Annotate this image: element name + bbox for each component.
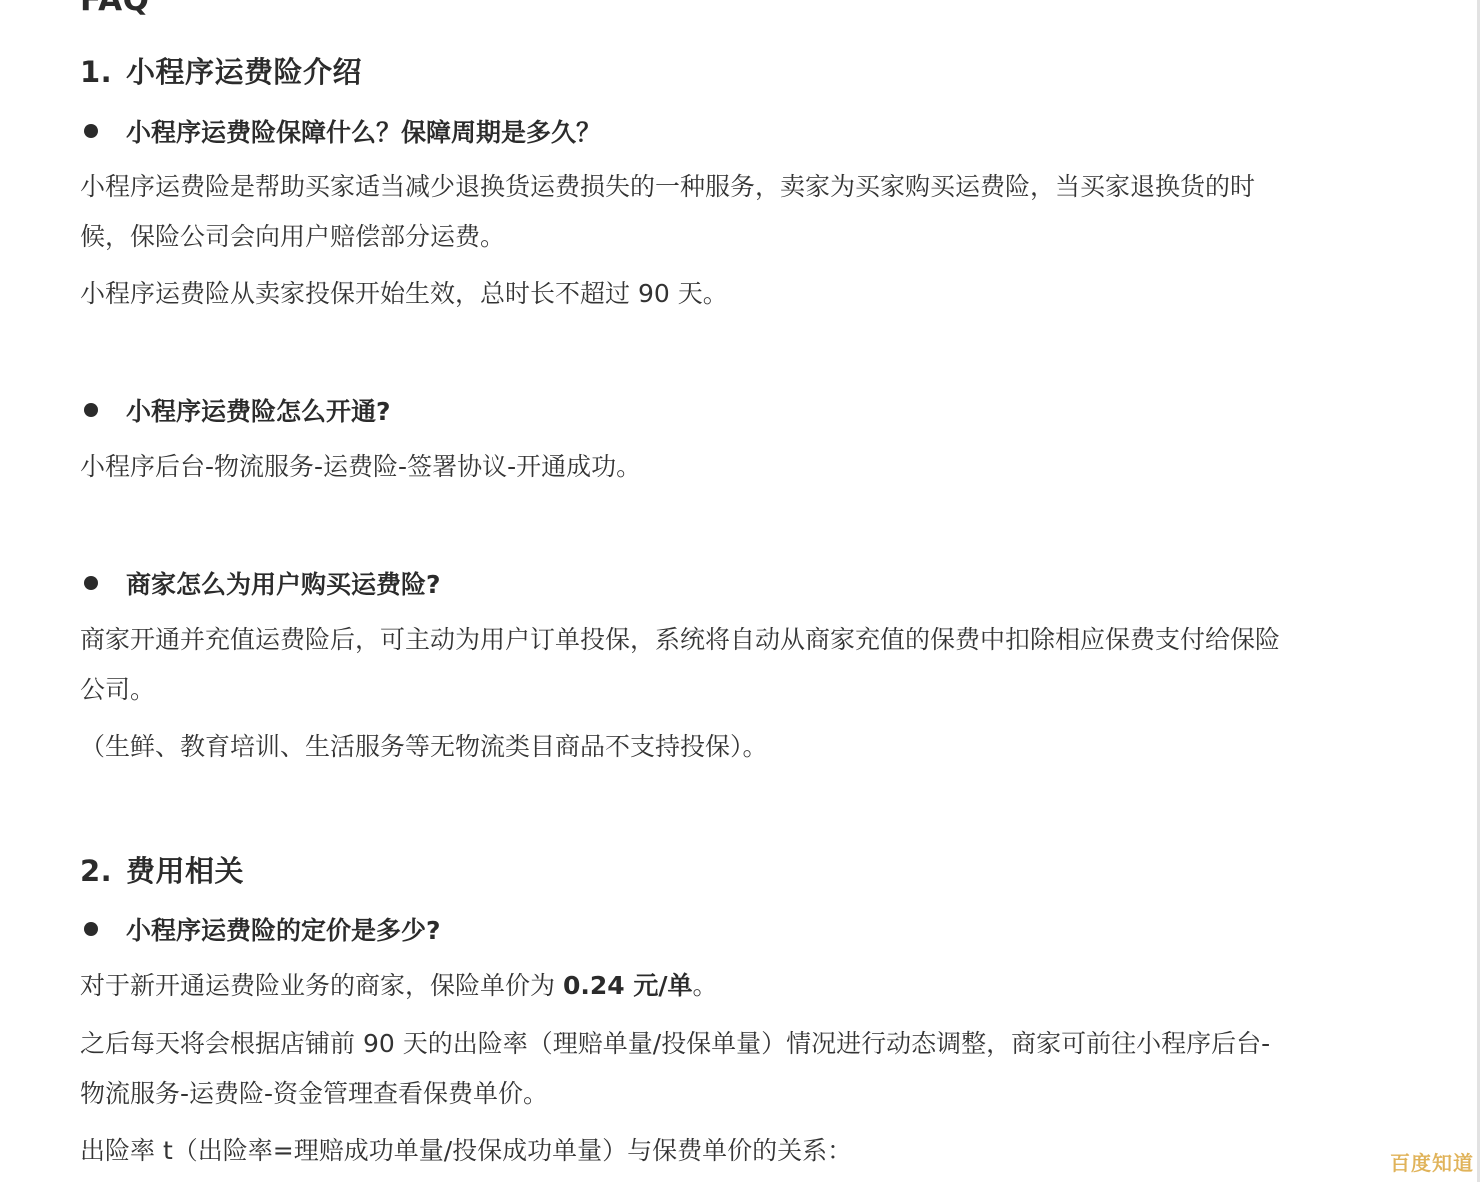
section-number: 1. [80,55,126,89]
price-prefix: 对于新开通运费险业务的商家，保险单价为 [80,971,563,1000]
bullet-icon [84,922,98,936]
question-item: 小程序运费险的定价是多少? [84,911,441,947]
section-title: 小程序运费险介绍 [126,55,362,89]
question-item: 小程序运费险怎么开通? [84,392,391,428]
watermark-logo: 百度知道 [1390,1147,1474,1176]
bullet-icon [84,576,98,590]
answer-paragraph: 出险率 t（出险率=理赔成功单量/投保成功单量）与保费单价的关系： [80,1126,1290,1176]
question-text: 商家怎么为用户购买运费险? [126,570,441,599]
answer-paragraph: 小程序运费险是帮助买家适当减少退换货运费损失的一种服务，卖家为买家购买运费险，当… [80,162,1290,262]
question-text: 小程序运费险怎么开通? [126,397,391,426]
answer-paragraph: 小程序运费险从卖家投保开始生效，总时长不超过 90 天。 [80,269,1290,319]
question-text: 小程序运费险保障什么？保障周期是多久？ [126,118,601,147]
section-title: 费用相关 [126,854,244,888]
price-suffix: 。 [692,971,717,1000]
answer-paragraph: 小程序后台-物流服务-运费险-签署协议-开通成功。 [80,442,1290,492]
section-heading-1: 1.小程序运费险介绍 [80,50,362,91]
page-title: FAQ [80,0,149,18]
bullet-icon [84,124,98,138]
question-item: 小程序运费险保障什么？保障周期是多久？ [84,113,601,149]
question-item: 商家怎么为用户购买运费险? [84,565,441,601]
answer-paragraph: 商家开通并充值运费险后，可主动为用户订单投保，系统将自动从商家充值的保费中扣除相… [80,615,1290,715]
bullet-icon [84,403,98,417]
section-number: 2. [80,854,126,888]
answer-paragraph: 对于新开通运费险业务的商家，保险单价为 0.24 元/单。 [80,961,1290,1011]
question-text: 小程序运费险的定价是多少? [126,916,441,945]
section-heading-2: 2.费用相关 [80,849,244,890]
price-value: 0.24 元/单 [563,971,693,1000]
answer-paragraph: 之后每天将会根据店铺前 90 天的出险率（理赔单量/投保单量）情况进行动态调整，… [80,1019,1290,1119]
answer-note: （生鲜、教育培训、生活服务等无物流类目商品不支持投保）。 [80,722,1290,772]
